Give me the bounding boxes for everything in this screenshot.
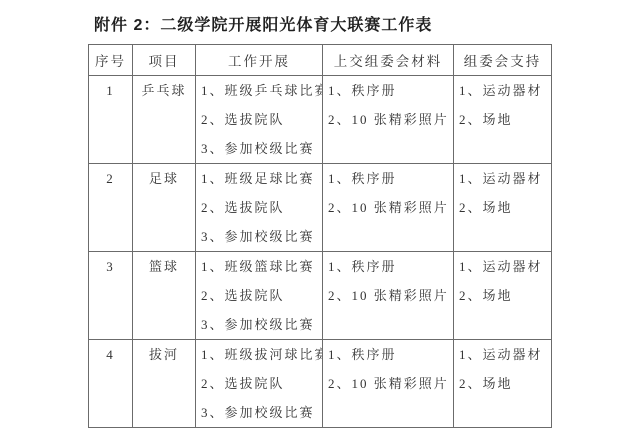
cell-work: 1、班级足球比赛 2、选拔院队 3、参加校级比赛 bbox=[196, 164, 323, 252]
support-item: 1、运动器材 bbox=[459, 164, 549, 193]
cell-event: 乒乓球 bbox=[133, 76, 196, 164]
work-item: 3、参加校级比赛 bbox=[201, 310, 320, 339]
work-item: 3、参加校级比赛 bbox=[201, 398, 320, 427]
work-item: 1、班级乒乓球比赛 bbox=[201, 76, 320, 105]
support-item: 1、运动器材 bbox=[459, 340, 549, 369]
cell-event: 足球 bbox=[133, 164, 196, 252]
cell-event: 拔河 bbox=[133, 340, 196, 428]
sports-league-work-table: 序号 项目 工作开展 上交组委会材料 组委会支持 1 乒乓球 1、班级乒乓球比赛… bbox=[88, 44, 552, 428]
table-row: 2 足球 1、班级足球比赛 2、选拔院队 3、参加校级比赛 1、秩序册 2、10… bbox=[89, 164, 552, 252]
col-header-materials: 上交组委会材料 bbox=[323, 45, 454, 76]
support-item: 1、运动器材 bbox=[459, 76, 549, 105]
work-item: 1、班级拔河球比赛 bbox=[201, 340, 320, 369]
document-page: 附件 2：二级学院开展阳光体育大联赛工作表 序号 项目 工作开展 上交组委会材料… bbox=[0, 0, 639, 443]
cell-materials: 1、秩序册 2、10 张精彩照片 bbox=[323, 340, 454, 428]
col-header-support: 组委会支持 bbox=[454, 45, 552, 76]
cell-materials: 1、秩序册 2、10 张精彩照片 bbox=[323, 164, 454, 252]
material-item: 1、秩序册 bbox=[328, 76, 451, 105]
cell-support: 1、运动器材 2、场地 bbox=[454, 76, 552, 164]
work-item: 2、选拔院队 bbox=[201, 105, 320, 134]
work-item: 2、选拔院队 bbox=[201, 369, 320, 398]
cell-work: 1、班级篮球比赛 2、选拔院队 3、参加校级比赛 bbox=[196, 252, 323, 340]
table-row: 4 拔河 1、班级拔河球比赛 2、选拔院队 3、参加校级比赛 1、秩序册 2、1… bbox=[89, 340, 552, 428]
material-item: 2、10 张精彩照片 bbox=[328, 281, 451, 310]
cell-index: 3 bbox=[89, 252, 133, 340]
material-item: 2、10 张精彩照片 bbox=[328, 369, 451, 398]
cell-materials: 1、秩序册 2、10 张精彩照片 bbox=[323, 76, 454, 164]
work-item: 2、选拔院队 bbox=[201, 281, 320, 310]
table-row: 1 乒乓球 1、班级乒乓球比赛 2、选拔院队 3、参加校级比赛 1、秩序册 2、… bbox=[89, 76, 552, 164]
material-item: 2、10 张精彩照片 bbox=[328, 105, 451, 134]
support-item: 2、场地 bbox=[459, 105, 549, 134]
support-item: 1、运动器材 bbox=[459, 252, 549, 281]
support-item: 2、场地 bbox=[459, 193, 549, 222]
cell-work: 1、班级拔河球比赛 2、选拔院队 3、参加校级比赛 bbox=[196, 340, 323, 428]
material-item: 2、10 张精彩照片 bbox=[328, 193, 451, 222]
cell-support: 1、运动器材 2、场地 bbox=[454, 252, 552, 340]
cell-index: 4 bbox=[89, 340, 133, 428]
col-header-event: 项目 bbox=[133, 45, 196, 76]
material-item: 1、秩序册 bbox=[328, 252, 451, 281]
table-row: 3 篮球 1、班级篮球比赛 2、选拔院队 3、参加校级比赛 1、秩序册 2、10… bbox=[89, 252, 552, 340]
cell-support: 1、运动器材 2、场地 bbox=[454, 164, 552, 252]
work-item: 1、班级篮球比赛 bbox=[201, 252, 320, 281]
cell-event: 篮球 bbox=[133, 252, 196, 340]
cell-index: 2 bbox=[89, 164, 133, 252]
table-header-row: 序号 项目 工作开展 上交组委会材料 组委会支持 bbox=[89, 45, 552, 76]
material-item: 1、秩序册 bbox=[328, 340, 451, 369]
work-item: 1、班级足球比赛 bbox=[201, 164, 320, 193]
document-title: 附件 2：二级学院开展阳光体育大联赛工作表 bbox=[94, 12, 432, 35]
support-item: 2、场地 bbox=[459, 369, 549, 398]
cell-index: 1 bbox=[89, 76, 133, 164]
cell-materials: 1、秩序册 2、10 张精彩照片 bbox=[323, 252, 454, 340]
work-item: 3、参加校级比赛 bbox=[201, 222, 320, 251]
col-header-index: 序号 bbox=[89, 45, 133, 76]
material-item: 1、秩序册 bbox=[328, 164, 451, 193]
cell-work: 1、班级乒乓球比赛 2、选拔院队 3、参加校级比赛 bbox=[196, 76, 323, 164]
col-header-work: 工作开展 bbox=[196, 45, 323, 76]
work-item: 3、参加校级比赛 bbox=[201, 134, 320, 163]
cell-support: 1、运动器材 2、场地 bbox=[454, 340, 552, 428]
support-item: 2、场地 bbox=[459, 281, 549, 310]
work-item: 2、选拔院队 bbox=[201, 193, 320, 222]
